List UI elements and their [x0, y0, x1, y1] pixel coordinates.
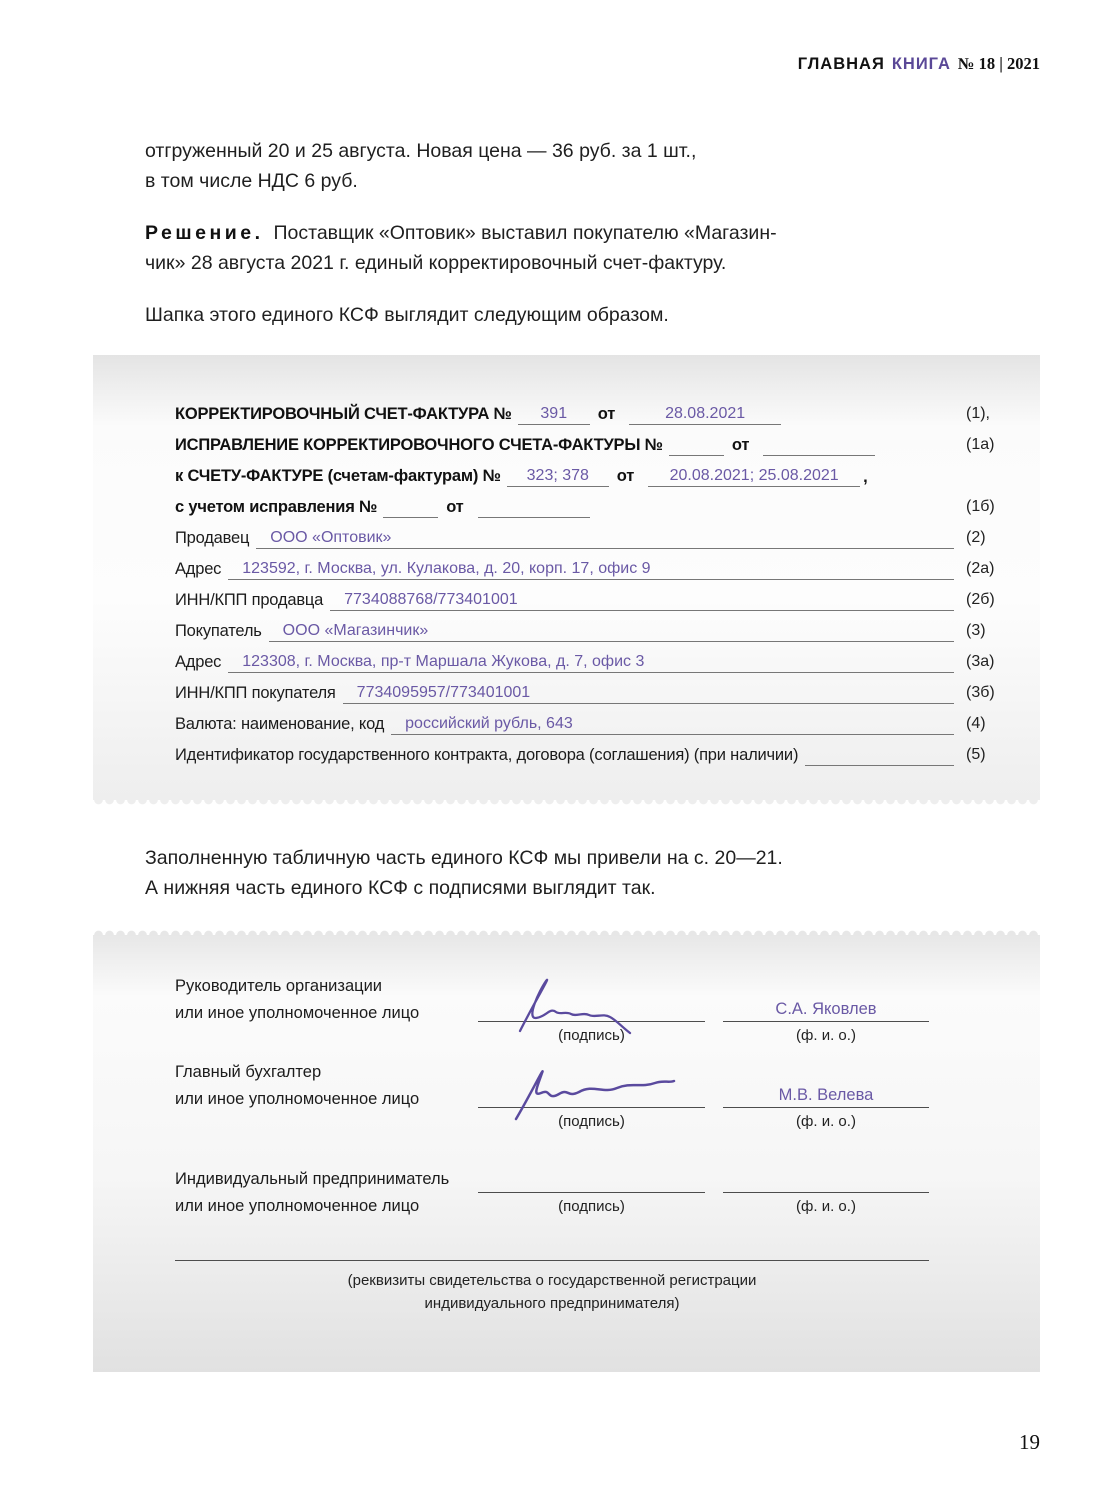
field-value: 323; 378: [507, 465, 609, 487]
signature-cell: (подпись): [478, 975, 705, 1049]
signature-underline: [478, 1061, 705, 1108]
magazine-page: ГЛАВНАЯ КНИГА № 18 | 2021 отгруженный 20…: [0, 0, 1104, 1500]
name-cell: (ф. и. о.): [723, 1161, 929, 1220]
paragraph-line: А нижняя часть единого КСФ с подписями в…: [145, 877, 656, 899]
paragraph-line: отгруженный 20 и 25 августа. Новая цена …: [145, 140, 696, 162]
field-label: к СЧЕТУ-ФАКТУРЕ (счетам-фактурам) №: [175, 465, 501, 487]
name-cell: С.А. Яковлев (ф. и. о.): [723, 975, 929, 1049]
signature-underline: [478, 1161, 705, 1193]
line-number: (2б): [966, 589, 1012, 611]
field-value: 123308, г. Москва, пр-т Маршала Жукова, …: [242, 653, 644, 670]
name-cell: М.В. Велева (ф. и. о.): [723, 1061, 929, 1135]
field-row-seller: Продавец ООО «Оптовик» (2): [175, 527, 1012, 549]
field-label: КОРРЕКТИРОВОЧНЫЙ СЧЕТ-ФАКТУРА №: [175, 403, 512, 425]
ot-label: от: [732, 434, 749, 456]
invoice-line-1: КОРРЕКТИРОВОЧНЫЙ СЧЕТ-ФАКТУРА № 391 от 2…: [175, 403, 1012, 425]
signature-cell: (подпись): [478, 1061, 705, 1135]
field-value: [383, 496, 438, 518]
field-label: Продавец: [175, 527, 249, 549]
field-row-currency: Валюта: наименование, код российский руб…: [175, 713, 1012, 735]
field-underline: 7734095957/773401001: [343, 682, 954, 704]
field-row-gov-contract: Идентификатор государственного контракта…: [175, 744, 1012, 766]
ot-label: от: [617, 465, 634, 487]
name-caption: (ф. и. о.): [723, 1022, 929, 1049]
invoice-header-sheet: КОРРЕКТИРОВОЧНЫЙ СЧЕТ-ФАКТУРА № 391 от 2…: [93, 355, 1040, 800]
paragraph-line: в том числе НДС 6 руб.: [145, 170, 358, 192]
invoice-line-to-invoice: к СЧЕТУ-ФАКТУРЕ (счетам-фактурам) № 323;…: [175, 465, 1012, 487]
line-number: (3б): [966, 682, 1012, 704]
field-label: ИНН/КПП продавца: [175, 589, 323, 611]
field-underline: [805, 744, 954, 766]
field-label: ИНН/КПП покупателя: [175, 682, 336, 704]
paragraph-shipment: отгруженный 20 и 25 августа. Новая цена …: [145, 136, 865, 196]
field-value: 7734095957/773401001: [357, 684, 531, 701]
name-underline: М.В. Велева: [723, 1061, 929, 1108]
line-number: (1),: [966, 403, 1012, 425]
invoice-fields: Продавец ООО «Оптовик» (2) Адрес 123592,…: [175, 527, 1012, 766]
magazine-issue: № 18 | 2021: [958, 54, 1040, 74]
field-underline: 7734088768/773401001: [330, 589, 954, 611]
field-label: Валюта: наименование, код: [175, 713, 384, 735]
signer-role-label: Руководитель организации или иное уполно…: [175, 973, 478, 1049]
signature-row-accountant: Главный бухгалтер или иное уполномоченно…: [175, 1059, 929, 1135]
magazine-title-part1: ГЛАВНАЯ: [798, 55, 885, 74]
handwritten-signature-icon: [506, 967, 666, 1037]
line-number: (2): [966, 527, 1012, 549]
paragraph-line: чик» 28 августа 2021 г. единый корректир…: [145, 252, 726, 274]
line-number: (3): [966, 620, 1012, 642]
name-underline: С.А. Яковлев: [723, 975, 929, 1022]
magazine-title-part2: КНИГА: [892, 55, 951, 74]
line-number: (4): [966, 713, 1012, 735]
field-value: 20.08.2021; 25.08.2021: [648, 465, 860, 487]
field-label: Адрес: [175, 558, 221, 580]
handwritten-signature-icon: [506, 1053, 686, 1123]
caption-line: индивидуального предпринимателя): [425, 1295, 680, 1312]
label-line: или иное уполномоченное лицо: [175, 1090, 419, 1108]
field-underline: ООО «Магазинчик»: [269, 620, 954, 642]
field-row-buyer-inn: ИНН/КПП покупателя 7734095957/773401001 …: [175, 682, 1012, 704]
field-label: Покупатель: [175, 620, 262, 642]
name-caption: (ф. и. о.): [723, 1193, 929, 1220]
invoice-line-1b: с учетом исправления № от (1б): [175, 496, 1012, 518]
line-number: (2а): [966, 558, 1012, 580]
signer-name: С.А. Яковлев: [723, 1000, 929, 1019]
field-value: [478, 496, 590, 518]
name-underline: [723, 1161, 929, 1193]
page-number: 19: [1019, 1430, 1040, 1455]
registration-caption: (реквизиты свидетельства о государственн…: [175, 1269, 929, 1315]
label-line: Главный бухгалтер: [175, 1063, 321, 1081]
field-value: 391: [518, 403, 590, 425]
middle-text: Заполненную табличную часть единого КСФ …: [145, 843, 865, 903]
field-label: с учетом исправления №: [175, 496, 377, 518]
paragraph-line: Поставщик «Оптовик» выставил покупателю …: [274, 222, 777, 244]
field-label: Адрес: [175, 651, 221, 673]
field-row-seller-inn: ИНН/КПП продавца 7734088768/773401001 (2…: [175, 589, 1012, 611]
running-head: ГЛАВНАЯ КНИГА № 18 | 2021: [798, 54, 1040, 74]
field-row-buyer: Покупатель ООО «Магазинчик» (3): [175, 620, 1012, 642]
field-row-buyer-address: Адрес 123308, г. Москва, пр-т Маршала Жу…: [175, 651, 1012, 673]
field-value: ООО «Оптовик»: [270, 529, 391, 546]
field-value: 28.08.2021: [629, 403, 781, 425]
field-value: 7734088768/773401001: [344, 591, 518, 608]
signature-row-entrepreneur: Индивидуальный предприниматель или иное …: [175, 1161, 929, 1219]
paragraph-line: Заполненную табличную часть единого КСФ …: [145, 847, 783, 869]
signatures-sheet: Руководитель организации или иное уполно…: [93, 935, 1040, 1372]
field-value: [669, 434, 724, 456]
field-underline: российский рубль, 643: [391, 713, 954, 735]
label-line: или иное уполномоченное лицо: [175, 1197, 419, 1215]
ot-label: от: [598, 403, 615, 425]
field-label: ИСПРАВЛЕНИЕ КОРРЕКТИРОВОЧНОГО СЧЕТА-ФАКТ…: [175, 434, 663, 456]
line-number: (5): [966, 744, 1012, 766]
field-value: ООО «Магазинчик»: [283, 622, 429, 639]
signer-role-label: Индивидуальный предприниматель или иное …: [175, 1166, 478, 1220]
label-line: Руководитель организации: [175, 977, 382, 995]
signature-caption: (подпись): [478, 1193, 705, 1220]
field-value: российский рубль, 643: [405, 715, 573, 732]
intro-text: отгруженный 20 и 25 августа. Новая цена …: [145, 136, 865, 352]
solution-label: Решение.: [145, 222, 264, 244]
paragraph-lead-in: Шапка этого единого КСФ выглядит следующ…: [145, 300, 865, 330]
signature-row-director: Руководитель организации или иное уполно…: [175, 973, 929, 1049]
invoice-line-1a: ИСПРАВЛЕНИЕ КОРРЕКТИРОВОЧНОГО СЧЕТА-ФАКТ…: [175, 434, 1012, 456]
field-underline: 123592, г. Москва, ул. Кулакова, д. 20, …: [228, 558, 954, 580]
perforated-edge: [93, 928, 1040, 935]
label-line: Индивидуальный предприниматель: [175, 1170, 449, 1188]
signature-cell: (подпись): [478, 1161, 705, 1220]
registration-underline: [175, 1259, 929, 1261]
field-underline: 123308, г. Москва, пр-т Маршала Жукова, …: [228, 651, 954, 673]
name-caption: (ф. и. о.): [723, 1108, 929, 1135]
field-label: Идентификатор государственного контракта…: [175, 744, 798, 766]
signer-role-label: Главный бухгалтер или иное уполномоченно…: [175, 1059, 478, 1135]
paragraph-solution: Решение.Поставщик «Оптовик» выставил пок…: [145, 218, 865, 278]
paragraph-line: Шапка этого единого КСФ выглядит следующ…: [145, 304, 669, 326]
line-number: (1б): [966, 496, 1012, 518]
signer-name: М.В. Велева: [723, 1086, 929, 1105]
suffix: ,: [863, 468, 868, 487]
caption-line: (реквизиты свидетельства о государственн…: [348, 1272, 757, 1289]
field-underline: ООО «Оптовик»: [256, 527, 954, 549]
ot-label: от: [446, 496, 463, 518]
line-number: (1а): [966, 434, 1012, 456]
label-line: или иное уполномоченное лицо: [175, 1004, 419, 1022]
signature-underline: [478, 975, 705, 1022]
field-row-seller-address: Адрес 123592, г. Москва, ул. Кулакова, д…: [175, 558, 1012, 580]
line-number: (3а): [966, 651, 1012, 673]
field-value: 123592, г. Москва, ул. Кулакова, д. 20, …: [242, 560, 650, 577]
perforated-edge: [93, 800, 1040, 807]
field-value: [763, 434, 875, 456]
